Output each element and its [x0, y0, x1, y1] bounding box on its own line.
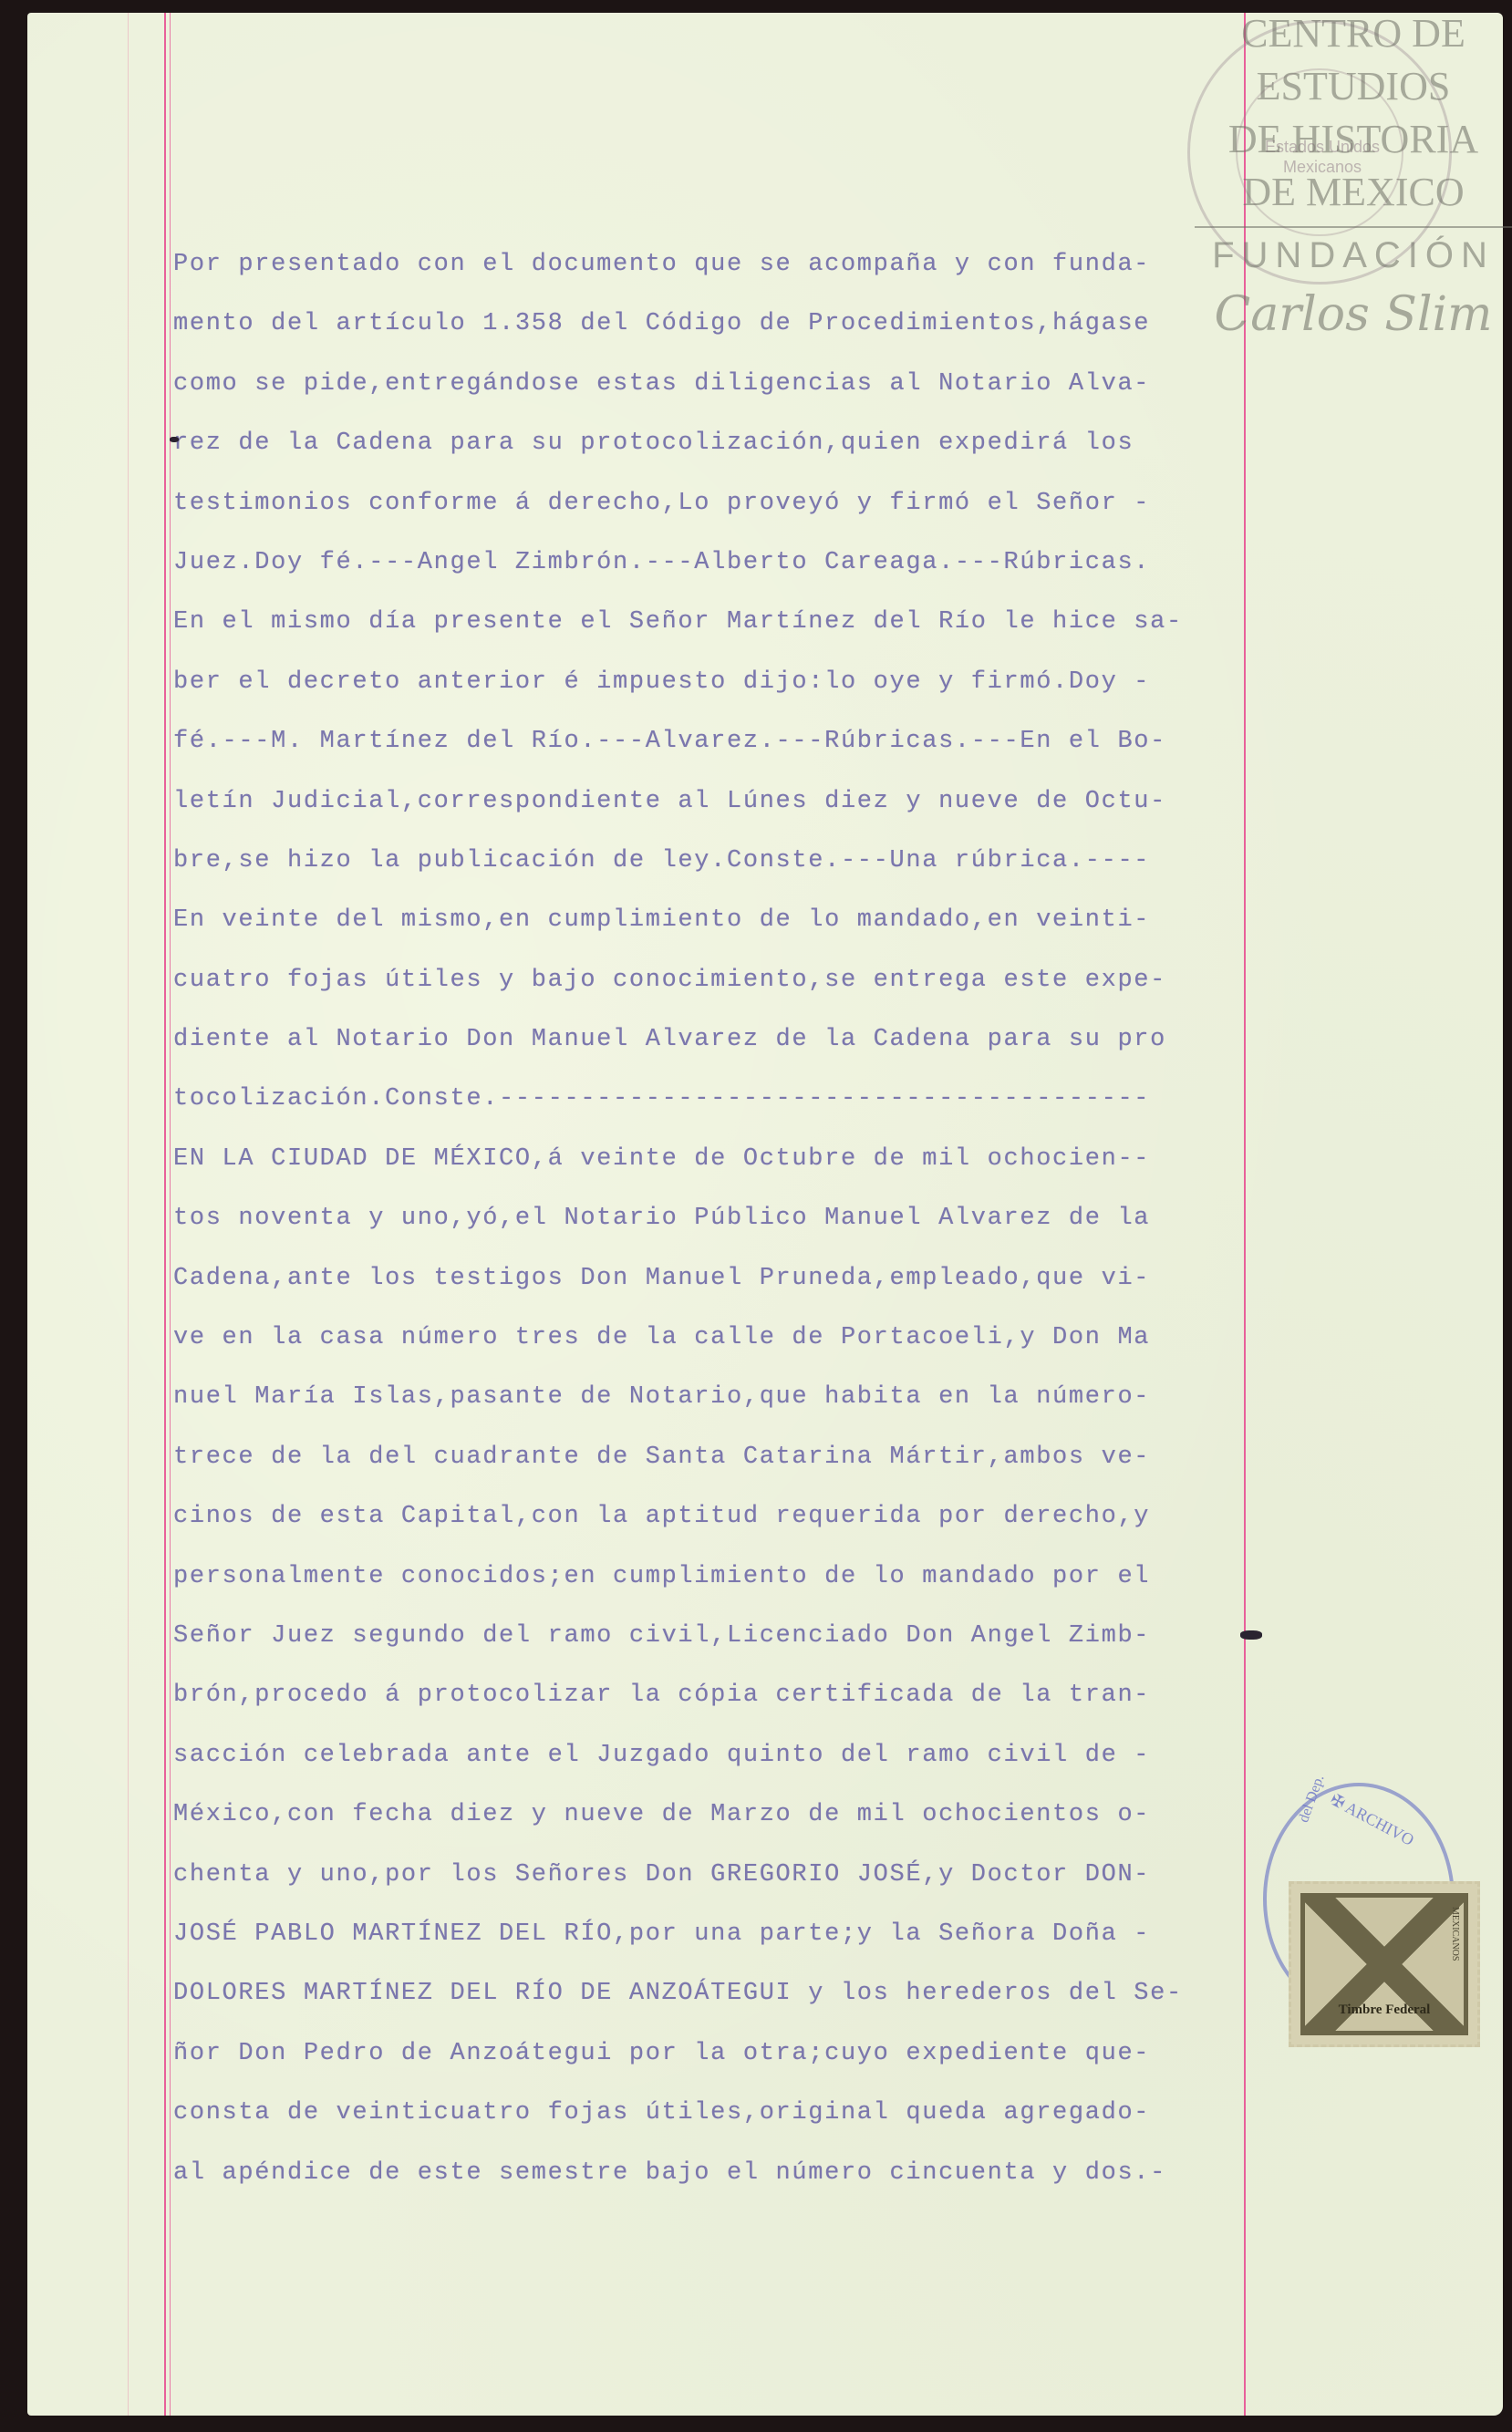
typed-text-body: Por presentado con el documento que se a… — [173, 235, 1240, 2203]
revenue-stamp-label: Timbre Federal — [1305, 2003, 1464, 2018]
text-line: DOLORES MARTÍNEZ DEL RÍO DE ANZOÁTEGUI y… — [173, 1964, 1240, 2023]
ink-blot-mark — [1240, 1630, 1262, 1640]
text-line: mento del artículo 1.358 del Código de P… — [173, 295, 1240, 354]
text-line: sacción celebrada ante el Juzgado quinto… — [173, 1726, 1240, 1785]
text-line: fé.---M. Martínez del Río.---Alvarez.---… — [173, 712, 1240, 771]
seal-center-line-1: Estados Unidos — [1249, 137, 1395, 157]
left-margin-line — [164, 13, 166, 2416]
text-line: trece de la del cuadrante de Santa Catar… — [173, 1428, 1240, 1487]
text-line: tocolización.Conste.--------------------… — [173, 1070, 1240, 1129]
text-line: Cadena,ante los testigos Don Manuel Prun… — [173, 1249, 1240, 1309]
text-line: tos noventa y uno,yó,el Notario Público … — [173, 1189, 1240, 1248]
text-line: JOSÉ PABLO MARTÍNEZ DEL RÍO,por una part… — [173, 1905, 1240, 1964]
text-line: letín Judicial,correspondiente al Lúnes … — [173, 772, 1240, 832]
revenue-stamp-design: MEXICANOS Timbre Federal — [1300, 1893, 1468, 2035]
text-line: testimonios conforme á derecho,Lo provey… — [173, 474, 1240, 533]
text-line: Juez.Doy fé.---Angel Zimbrón.---Alberto … — [173, 533, 1240, 593]
text-line: ve en la casa número tres de la calle de… — [173, 1309, 1240, 1368]
text-line: bre,se hizo la publicación de ley.Conste… — [173, 832, 1240, 891]
seal-center-line-2: Mexicanos — [1249, 157, 1395, 177]
revenue-stamp: MEXICANOS Timbre Federal — [1289, 1881, 1480, 2047]
text-line: brón,procedo á protocolizar la cópia cer… — [173, 1666, 1240, 1725]
revenue-stamp-side-text: MEXICANOS — [1450, 1907, 1460, 1961]
text-line: como se pide,entregándose estas diligenc… — [173, 355, 1240, 414]
text-line: En veinte del mismo,en cumplimiento de l… — [173, 891, 1240, 950]
text-line: diente al Notario Don Manuel Alvarez de … — [173, 1010, 1240, 1070]
text-line: México,con fecha diez y nueve de Marzo d… — [173, 1785, 1240, 1845]
text-line: chenta y uno,por los Señores Don GREGORI… — [173, 1846, 1240, 1905]
notary-seal-center-text: Estados Unidos Mexicanos — [1249, 137, 1395, 177]
archive-stamp: ✠ ARCHIVO del Dep. MEXICANOS Timbre Fede… — [1263, 1783, 1473, 2020]
left-margin-line-inner — [170, 13, 171, 2416]
text-line: ber el decreto anterior é impuesto dijo:… — [173, 653, 1240, 712]
text-line: EN LA CIUDAD DE MÉXICO,á veinte de Octub… — [173, 1130, 1240, 1189]
text-line: personalmente conocidos;en cumplimiento … — [173, 1547, 1240, 1607]
right-margin-line — [1244, 13, 1246, 2416]
text-line: cuatro fojas útiles y bajo conocimiento,… — [173, 951, 1240, 1010]
text-line: cinos de esta Capital,con la aptitud req… — [173, 1487, 1240, 1547]
text-line: nuel María Islas,pasante de Notario,que … — [173, 1368, 1240, 1427]
text-line: ñor Don Pedro de Anzoátegui por la otra;… — [173, 2024, 1240, 2084]
margin-line-faint — [128, 13, 129, 2416]
text-line: Por presentado con el documento que se a… — [173, 235, 1240, 295]
text-line: rez de la Cadena para su protocolización… — [173, 414, 1240, 473]
ink-dash-mark — [170, 437, 179, 442]
text-line: al apéndice de este semestre bajo el núm… — [173, 2144, 1240, 2203]
text-line: En el mismo día presente el Señor Martín… — [173, 593, 1240, 652]
text-line: Señor Juez segundo del ramo civil,Licenc… — [173, 1607, 1240, 1666]
text-line: consta de veinticuatro fojas útiles,orig… — [173, 2084, 1240, 2143]
